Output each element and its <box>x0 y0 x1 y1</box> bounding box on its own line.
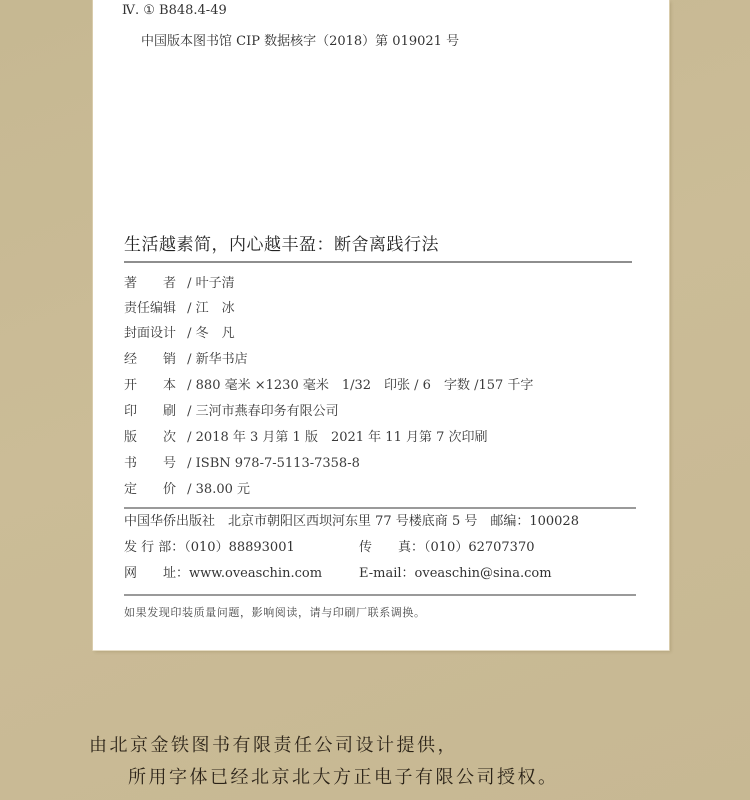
website-label: 网 址： <box>124 566 189 581</box>
detail-value: 叶子清 <box>196 276 235 291</box>
book-title: 生活越素简，内心越丰盈：断舍离践行法 <box>124 234 439 256</box>
detail-label: 著 者 <box>124 276 183 292</box>
website: 网 址：www.oveaschin.com <box>124 566 322 582</box>
detail-value: 2018 年 3 月第 1 版 2021 年 11 月第 7 次印刷 <box>196 430 488 445</box>
fax-phone: （010）62707370 <box>424 540 534 555</box>
detail-value: ISBN 978-7-5113-7358-8 <box>196 456 360 471</box>
detail-value: 冬 凡 <box>196 326 235 341</box>
cip-record-number: 中国版本图书馆 CIP 数据核字（2018）第 019021 号 <box>141 34 459 50</box>
detail-value: 江 冰 <box>196 301 235 316</box>
detail-slash: / <box>183 456 196 471</box>
detail-slash: / <box>183 352 196 367</box>
detail-price: 定 价 / 38.00 元 <box>124 482 250 498</box>
fax-label: 传 真： <box>359 540 424 555</box>
detail-value: 880 毫米 ×1230 毫米 1/32 印张 / 6 字数 /157 千字 <box>196 378 534 393</box>
detail-label: 版 次 <box>124 430 183 446</box>
publisher-divider <box>124 507 636 509</box>
detail-value: 三河市燕春印务有限公司 <box>196 404 339 419</box>
detail-slash: / <box>183 430 196 445</box>
detail-edition: 版 次 / 2018 年 3 月第 1 版 2021 年 11 月第 7 次印刷 <box>124 430 488 446</box>
detail-cover-design: 封面设计 / 冬 凡 <box>124 326 235 342</box>
detail-label: 责任编辑 <box>124 301 183 317</box>
copyright-page: Ⅳ. ① B848.4-49 中国版本图书馆 CIP 数据核字（2018）第 0… <box>93 0 669 650</box>
fax: 传 真：（010）62707370 <box>359 540 535 556</box>
detail-editor: 责任编辑 / 江 冰 <box>124 301 235 317</box>
sales-department: 发 行 部：（010）88893001 <box>124 540 295 556</box>
title-divider <box>124 261 632 263</box>
detail-label: 开 本 <box>124 378 183 394</box>
detail-value: 新华书店 <box>196 352 248 367</box>
font-license-credit: 所用字体已经北京北大方正电子有限公司授权。 <box>128 766 559 790</box>
email: E-mail：oveaschin@sina.com <box>359 566 552 582</box>
detail-label: 定 价 <box>124 482 183 498</box>
detail-label: 封面设计 <box>124 326 183 342</box>
detail-author: 著 者 / 叶子清 <box>124 276 235 292</box>
design-credit: 由北京金铁图书有限责任公司设计提供， <box>89 734 458 758</box>
detail-distributor: 经 销 / 新华书店 <box>124 352 248 368</box>
detail-slash: / <box>183 378 196 393</box>
detail-slash: / <box>183 404 196 419</box>
email-label: E-mail： <box>359 566 415 581</box>
detail-printer: 印 刷 / 三河市燕春印务有限公司 <box>124 404 339 420</box>
detail-slash: / <box>183 276 196 291</box>
detail-value: 38.00 元 <box>196 482 250 497</box>
detail-isbn: 书 号 / ISBN 978-7-5113-7358-8 <box>124 456 360 472</box>
email-link[interactable]: oveaschin@sina.com <box>415 566 552 581</box>
detail-label: 经 销 <box>124 352 183 368</box>
sales-label: 发 行 部： <box>124 540 184 555</box>
detail-slash: / <box>183 301 196 316</box>
cip-classification: Ⅳ. ① B848.4-49 <box>122 3 227 19</box>
detail-slash: / <box>183 326 196 341</box>
detail-label: 书 号 <box>124 456 183 472</box>
publisher-address: 中国华侨出版社 北京市朝阳区西坝河东里 77 号楼底商 5 号 邮编：10002… <box>124 514 579 530</box>
website-link[interactable]: www.oveaschin.com <box>189 566 322 581</box>
sales-phone: （010）88893001 <box>184 540 294 555</box>
detail-slash: / <box>183 482 196 497</box>
detail-format: 开 本 / 880 毫米 ×1230 毫米 1/32 印张 / 6 字数 /15… <box>124 378 533 394</box>
quality-notice: 如果发现印装质量问题，影响阅读，请与印刷厂联系调换。 <box>124 604 426 620</box>
detail-label: 印 刷 <box>124 404 183 420</box>
notice-divider <box>124 594 636 596</box>
